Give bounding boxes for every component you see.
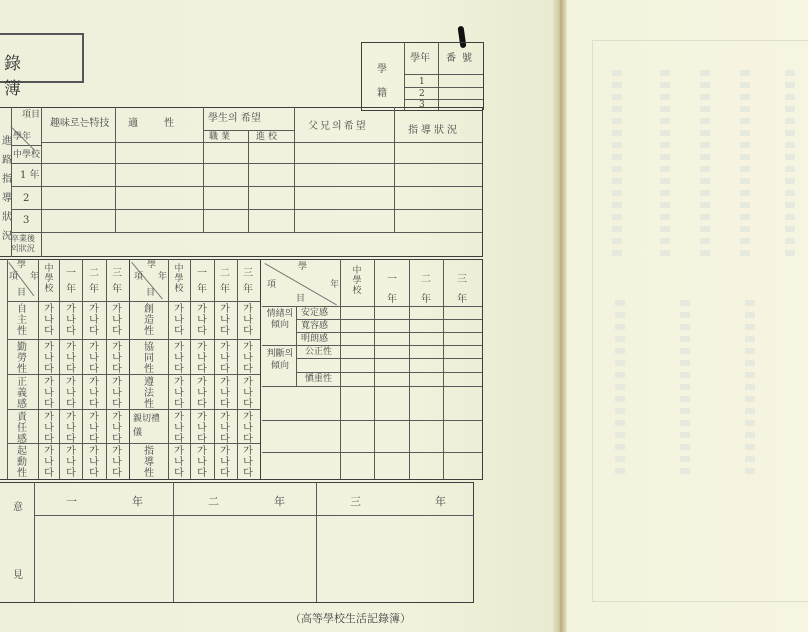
grade-mark-cell[interactable]: 가나다 — [193, 304, 211, 337]
grade-mark-cell[interactable]: 가나다 — [239, 377, 257, 410]
bleed-through-text — [700, 70, 710, 260]
header-hobby-talent: 趣味로는特技 — [50, 118, 109, 130]
grade-mark-cell[interactable]: 가나다 — [40, 342, 58, 375]
bleed-through-text — [615, 300, 625, 480]
grade-mark-cell[interactable]: 가나다 — [108, 342, 126, 375]
grade-mark-cell[interactable]: 가나다 — [40, 304, 58, 337]
corner-label: 目 — [17, 288, 26, 298]
col-middle-school: 中學校 — [172, 264, 186, 294]
grade-2: 2 — [419, 89, 425, 99]
grade-mark-cell[interactable]: 가나다 — [193, 446, 211, 479]
col-year-1-num: 一 — [66, 496, 77, 508]
row-responsibility: 責任感 — [15, 412, 29, 445]
grade-mark-cell[interactable]: 가나다 — [193, 377, 211, 410]
item-tolerance: 寬容感 — [301, 321, 328, 331]
col-grade-1: 一年 — [385, 270, 399, 310]
grade-mark-cell[interactable]: 가나다 — [170, 412, 188, 445]
grade-mark-cell[interactable]: 가나다 — [239, 342, 257, 375]
item-cheerfulness: 明朗感 — [301, 334, 328, 344]
grade-mark-cell[interactable]: 가나다 — [85, 342, 103, 375]
grade-mark-cell[interactable]: 가나다 — [85, 304, 103, 337]
col-year-2-num: 二 — [208, 496, 219, 508]
grade-mark-cell[interactable]: 가나다 — [216, 304, 234, 337]
row-courtesy: 親切禮儀 — [133, 412, 167, 440]
subheader-job: 職業 — [209, 132, 233, 142]
col-grade-2: 二年 — [87, 266, 101, 298]
col-year-2-unit: 年 — [274, 496, 285, 508]
corner-label: 項 — [134, 272, 143, 282]
grade-mark-cell[interactable]: 가나다 — [239, 304, 257, 337]
row-grade-1: 1 年 — [20, 170, 40, 182]
row-initiative: 起動性 — [15, 446, 29, 479]
grade-mark-cell[interactable]: 가나다 — [40, 377, 58, 410]
grade-mark-cell[interactable]: 가나다 — [193, 412, 211, 445]
row-after-graduation: 卒業後의狀況 — [11, 234, 41, 254]
bleed-through-text — [785, 70, 795, 260]
number-header: 番號 — [446, 53, 478, 65]
corner-label: 學 — [147, 260, 156, 270]
grade-mark-cell[interactable]: 가나다 — [62, 412, 80, 445]
col-grade-2: 二年 — [419, 270, 433, 310]
grade-mark-cell[interactable]: 가나다 — [108, 304, 126, 337]
corner-label: 目 — [296, 294, 305, 304]
bleed-through-text — [745, 300, 755, 480]
row-leadership: 指導性 — [142, 446, 156, 479]
grade-mark-cell[interactable]: 가나다 — [170, 446, 188, 479]
corner-item-label: 項目 — [22, 110, 40, 120]
grade-mark-cell[interactable]: 가나다 — [108, 412, 126, 445]
col-middle-school: 中學校 — [350, 266, 364, 296]
corner-label: 目 — [146, 288, 155, 298]
col-grade-3: 三年 — [241, 266, 255, 298]
col-year-1-unit: 年 — [132, 496, 143, 508]
career-guidance-side-label: 進路指導狀況 — [0, 132, 14, 246]
bleed-through-text — [660, 70, 670, 260]
group-judgment-tendency: 判斷의傾向 — [266, 348, 294, 372]
col-grade-1: 一年 — [64, 266, 78, 298]
col-grade-2: 二年 — [218, 266, 232, 298]
grade-mark-cell[interactable]: 가나다 — [216, 412, 234, 445]
header-student-hope: 學生의 希望 — [208, 113, 261, 125]
grade-mark-cell[interactable]: 가나다 — [85, 412, 103, 445]
corner-label: 學 — [298, 262, 307, 272]
header-guidance-status: 指導狀況 — [408, 125, 460, 137]
grade-mark-cell[interactable]: 가나다 — [193, 342, 211, 375]
item-fairness: 公正性 — [305, 347, 332, 357]
grade-mark-cell[interactable]: 가나다 — [170, 304, 188, 337]
footer-caption: （高等學校生活記錄簿） — [290, 610, 411, 626]
grade-mark-cell[interactable]: 가나다 — [216, 377, 234, 410]
grade-mark-cell[interactable]: 가나다 — [85, 377, 103, 410]
corner-grade-label: 學年 — [13, 132, 31, 142]
header-parent-hope: 父兄의希望 — [308, 121, 368, 133]
grade-mark-cell[interactable]: 가나다 — [170, 342, 188, 375]
grade-mark-cell[interactable]: 가나다 — [108, 377, 126, 410]
bleed-through-text — [740, 70, 750, 260]
row-grade-3: 3 — [23, 215, 29, 227]
grade-header: 學年 — [410, 53, 430, 65]
bleed-through-text — [680, 300, 690, 480]
grade-mark-cell[interactable]: 가나다 — [108, 446, 126, 479]
title-box: 錄 簿 — [0, 33, 84, 83]
subheader-school: 進校 — [256, 132, 280, 142]
corner-label: 學 — [17, 260, 26, 270]
grade-3: 3 — [419, 100, 425, 110]
corner-label: 項 — [267, 280, 276, 290]
bleed-through-text — [612, 70, 622, 260]
corner-label: 年 — [330, 280, 339, 290]
col-grade-1: 一年 — [195, 266, 209, 298]
grade-mark-cell[interactable]: 가나다 — [170, 377, 188, 410]
opinion-label-top: 意 — [13, 502, 23, 514]
row-creativity: 創造性 — [142, 304, 156, 337]
grade-mark-cell[interactable]: 가나다 — [239, 446, 257, 479]
document-title: 錄 簿 — [4, 49, 106, 99]
opinion-label-bottom: 見 — [13, 570, 23, 582]
grade-1: 1 — [419, 77, 425, 87]
book-spine — [553, 0, 567, 632]
col-middle-school: 中學校 — [42, 264, 56, 294]
grade-mark-cell[interactable]: 가나다 — [85, 446, 103, 479]
grade-mark-cell[interactable]: 가나다 — [62, 304, 80, 337]
col-year-3-unit: 年 — [435, 496, 446, 508]
grade-mark-cell[interactable]: 가나다 — [62, 377, 80, 410]
grade-mark-cell[interactable]: 가나다 — [239, 412, 257, 445]
header-aptitude: 適 性 — [128, 118, 176, 130]
col-grade-3: 三年 — [455, 270, 469, 310]
grade-mark-cell[interactable]: 가나다 — [216, 342, 234, 375]
corner-label: 年 — [158, 272, 167, 282]
item-stability: 安定感 — [301, 308, 328, 318]
item-prudence: 愼重性 — [305, 374, 332, 384]
row-grade-2: 2 — [23, 193, 29, 205]
grade-mark-cell[interactable]: 가나다 — [40, 412, 58, 445]
row-middle-school: 中學校 — [13, 150, 40, 160]
row-law-abiding: 遵法性 — [142, 377, 156, 410]
grade-mark-cell[interactable]: 가나다 — [216, 446, 234, 479]
grade-mark-cell[interactable]: 가나다 — [62, 446, 80, 479]
student-record-label: 學籍 — [375, 58, 389, 106]
corner-label: 年 — [30, 272, 39, 282]
group-emotion-tendency: 情緖의傾向 — [266, 309, 294, 331]
row-cooperation: 協同性 — [142, 342, 156, 375]
grade-mark-cell[interactable]: 가나다 — [40, 446, 58, 479]
col-grade-3: 三年 — [110, 266, 124, 298]
grade-mark-cell[interactable]: 가나다 — [62, 342, 80, 375]
col-year-3-num: 三 — [350, 496, 361, 508]
row-autonomy: 自主性 — [15, 304, 29, 337]
row-justice: 正義感 — [15, 377, 29, 410]
row-diligence: 勤勞性 — [15, 342, 29, 375]
corner-label: 項 — [9, 272, 18, 282]
